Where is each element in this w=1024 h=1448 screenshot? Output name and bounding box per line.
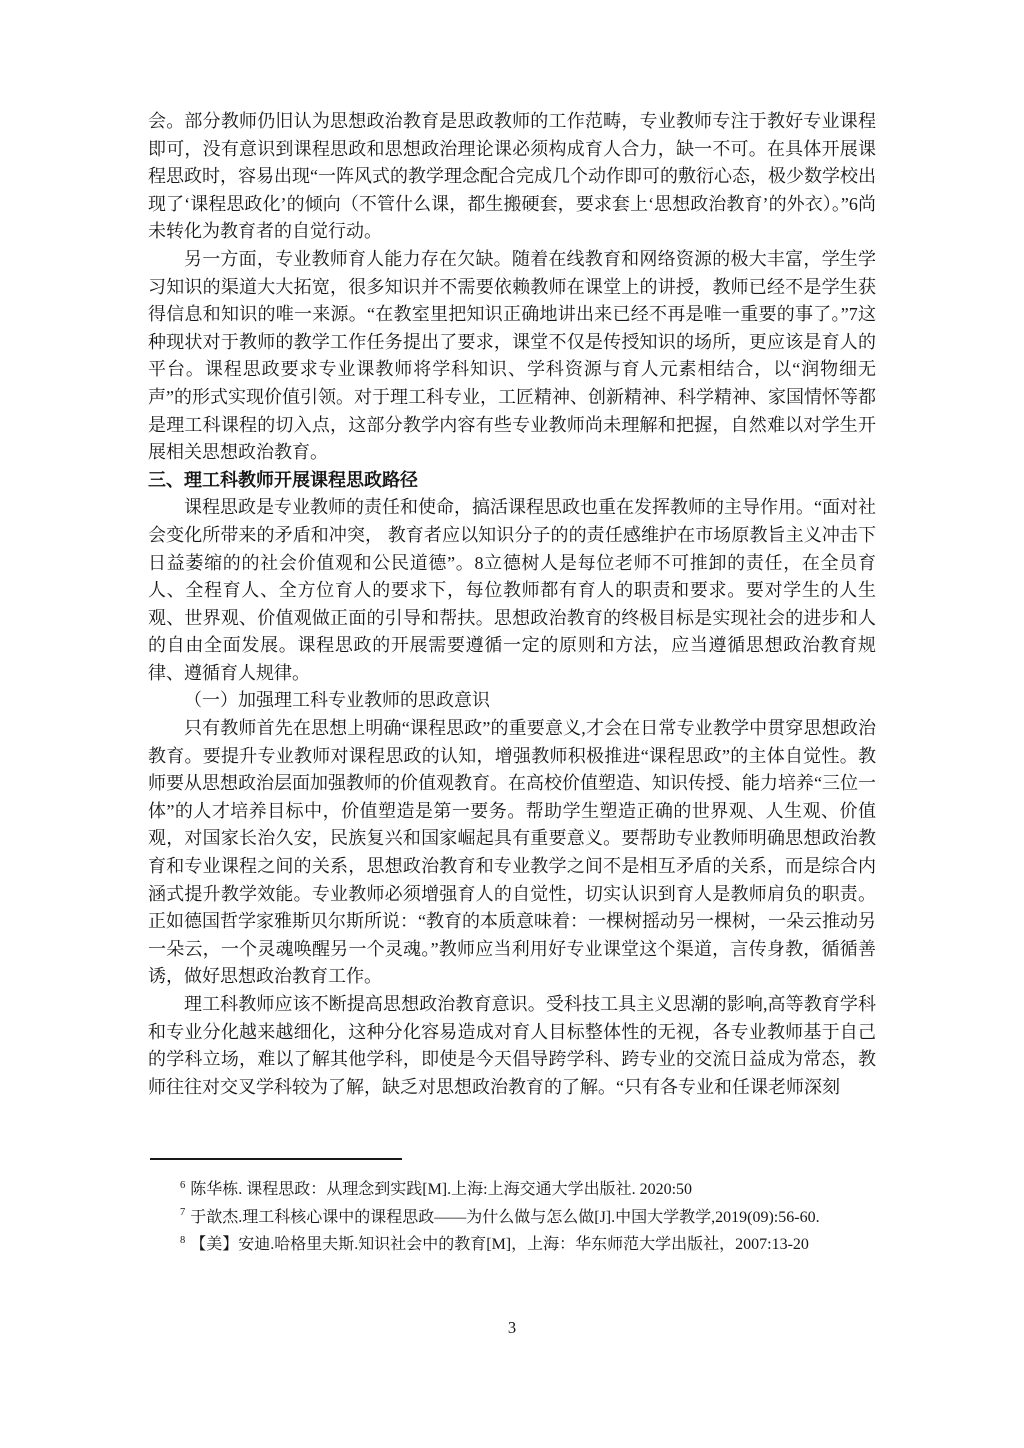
body-paragraph-4: 只有教师首先在思想上明确“课程思政”的重要意义,才会在日常专业教学中贯穿思想政治… (148, 715, 876, 991)
body-paragraph-continuation: 会。部分教师仍旧认为思想政治教育是思政教师的工作范畴，专业教师专注于教好专业课程… (148, 108, 876, 246)
body-paragraph-5: 理工科教师应该不断提高思想政治教育意识。受科技工具主义思潮的影响,高等教育学科和… (148, 991, 876, 1101)
footnote-6-text: 陈华栋. 课程思政：从理念到实践[M].上海:上海交通大学出版社. 2020:5… (190, 1181, 692, 1198)
section-heading: 三、理工科教师开展课程思政路径 (148, 467, 876, 495)
footnote-8-text: 【美】安迪.哈格里夫斯.知识社会中的教育[M]，上海：华东师范大学出版社，200… (190, 1236, 809, 1253)
document-page: 会。部分教师仍旧认为思想政治教育是思政教师的工作范畴，专业教师专注于教好专业课程… (0, 0, 1024, 1448)
body-text: 会。部分教师仍旧认为思想政治教育是思政教师的工作范畴，专业教师专注于教好专业课程… (148, 108, 876, 1101)
footnote-7-marker: 7 (180, 1207, 185, 1218)
footnote-7-text: 于歆杰.理工科核心课中的课程思政——为什么做与怎么做[J].中国大学教学,201… (190, 1209, 819, 1226)
footnotes-section: 6陈华栋. 课程思政：从理念到实践[M].上海:上海交通大学出版社. 2020:… (148, 1158, 876, 1259)
body-paragraph-3: 课程思政是专业教师的责任和使命，搞活课程思政也重在发挥教师的主导作用。“面对社会… (148, 494, 876, 687)
body-paragraph-2: 另一方面，专业教师育人能力存在欠缺。随着在线教育和网络资源的极大丰富，学生学习知… (148, 246, 876, 467)
footnote-8-marker: 8 (180, 1235, 185, 1246)
footnote-7: 7于歆杰.理工科核心课中的课程思政——为什么做与怎么做[J].中国大学教学,20… (148, 1204, 876, 1232)
footnote-8: 8【美】安迪.哈格里夫斯.知识社会中的教育[M]，上海：华东师范大学出版社，20… (148, 1231, 876, 1259)
footnote-6-marker: 6 (180, 1180, 185, 1191)
footnote-separator-rule (150, 1158, 402, 1160)
page-number: 3 (0, 1318, 1024, 1338)
subsection-heading: （一）加强理工科专业教师的思政意识 (148, 687, 876, 715)
footnote-6: 6陈华栋. 课程思政：从理念到实践[M].上海:上海交通大学出版社. 2020:… (148, 1176, 876, 1204)
